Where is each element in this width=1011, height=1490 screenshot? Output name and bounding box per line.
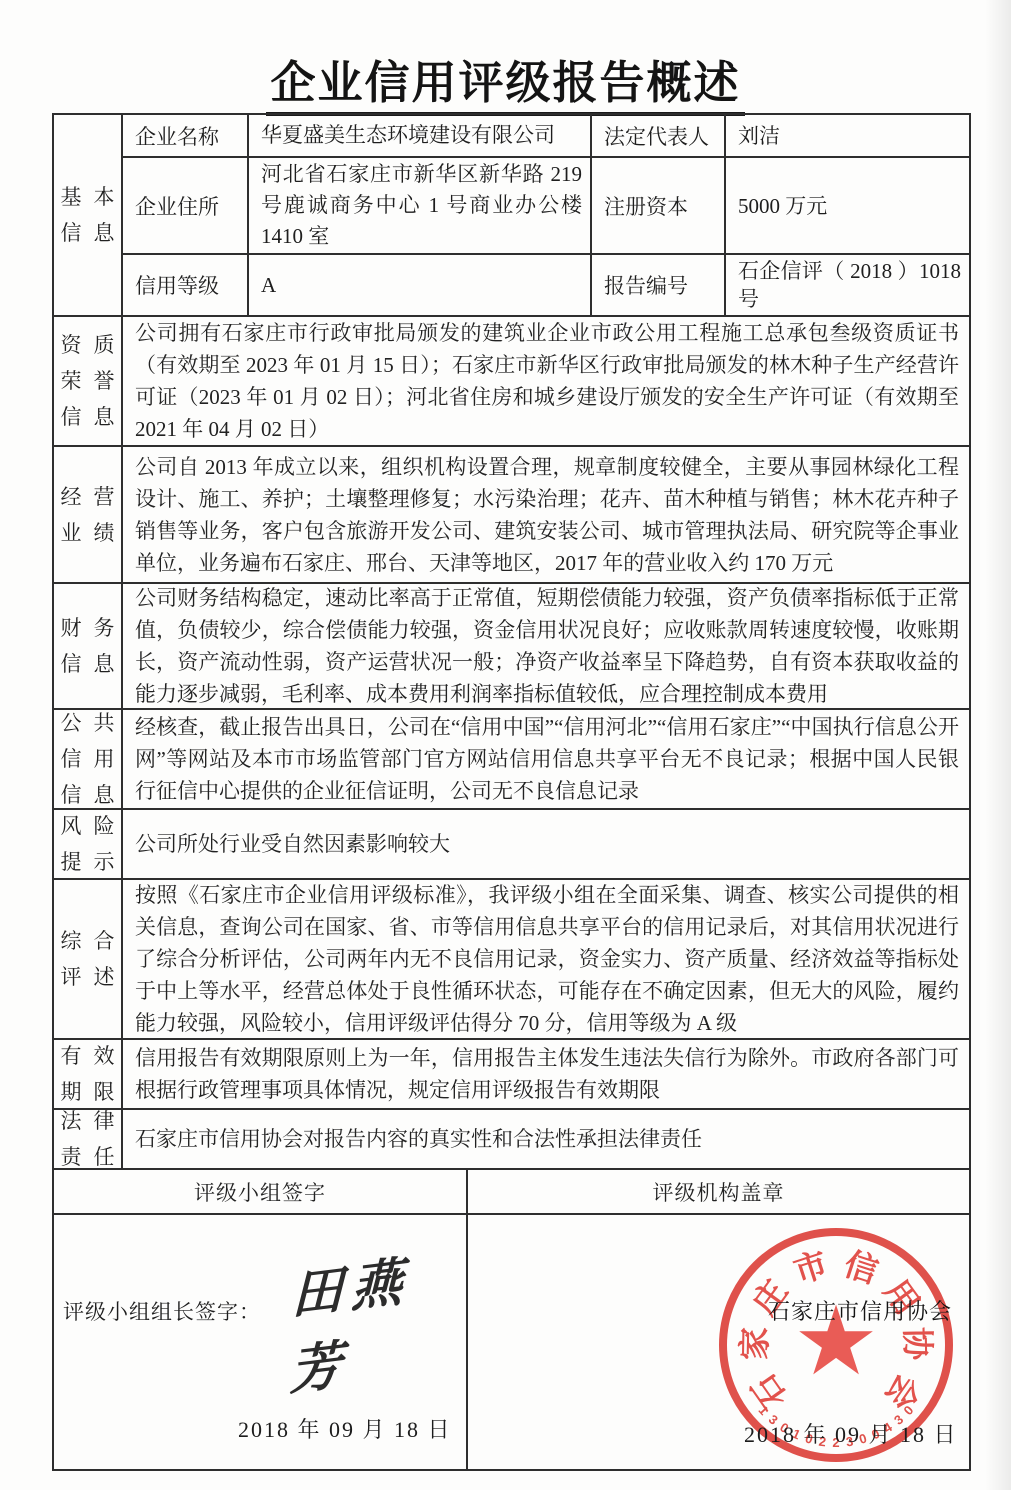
section-label: 法律责任 [61, 1103, 115, 1175]
section-content-cell: 公司自 2013 年成立以来，组织机构设置合理，规章制度较健全，主要从事园林绿化… [123, 447, 969, 582]
section-label: 基本信息 [61, 179, 115, 251]
section-label-cell: 公共信用信息 [54, 710, 123, 808]
section-content: 经核查，截止报告出具日，公司在“信用中国”“信用河北”“信用石家庄”“中国执行信… [135, 711, 959, 807]
scan-edge-shading [985, 0, 1011, 1490]
seal-date: 2018 年 09 月 18 日 [744, 1418, 958, 1449]
table-row: 财务信息 公司财务结构稳定，速动比率高于正常值，短期偿债能力较强，资产负债率指标… [54, 584, 969, 710]
field-label: 信用等级 [123, 255, 247, 315]
table-row: 有效期限 信用报告有效期限原则上为一年，信用报告主体发生违法失信行为除外。市政府… [54, 1040, 969, 1110]
basic-info-rows: 企业名称 华夏盛美生态环境建设有限公司 法定代表人 刘洁 企业住所 河北省石家庄… [123, 115, 969, 315]
field-value: 5000 万元 [724, 158, 969, 253]
credit-rating-report-page: { "title": "企业信用评级报告概述", "basic_info": {… [0, 0, 1011, 1490]
section-content-cell: 公司财务结构稳定，速动比率高于正常值，短期偿债能力较强，资产负债率指标低于正常值… [123, 584, 969, 708]
table-row: 综合评述 按照《石家庄市企业信用评级标准》，我评级小组在全面采集、调查、核实公司… [54, 880, 969, 1040]
field-value: 刘洁 [724, 115, 969, 156]
section-label: 财务信息 [61, 610, 115, 682]
section-content: 公司所处行业受自然因素影响较大 [135, 828, 959, 860]
section-content: 按照《石家庄市企业信用评级标准》，我评级小组在全面采集、调查、核实公司提供的相关… [135, 879, 959, 1039]
field-value: A [247, 255, 590, 315]
section-content-cell: 公司所处行业受自然因素影响较大 [123, 810, 969, 878]
section-label-cell: 法律责任 [54, 1110, 123, 1168]
field-label: 注册资本 [590, 158, 724, 253]
section-label: 公共信用信息 [61, 705, 115, 813]
table-row: 信用等级 A 报告编号 石企信评（ 2018 ）1018 号 [123, 253, 969, 315]
section-label-cell: 有效期限 [54, 1040, 123, 1108]
section-content-cell: 信用报告有效期限原则上为一年，信用报告主体发生违法失信行为除外。市政府各部门可根… [123, 1040, 969, 1108]
footer-body-row: 评级小组组长签字： 田燕芳 2018 年 09 月 18 日 石家庄市信用协会 … [54, 1215, 969, 1469]
section-label: 综合评述 [61, 923, 115, 995]
footer-header-row: 评级小组签字 评级机构盖章 [54, 1170, 969, 1215]
section-content: 公司自 2013 年成立以来，组织机构设置合理，规章制度较健全，主要从事园林绿化… [135, 451, 959, 579]
section-label-cell: 财务信息 [54, 584, 123, 708]
table-row: 法律责任 石家庄市信用协会对报告内容的真实性和合法性承担法律责任 [54, 1110, 969, 1170]
field-label: 报告编号 [590, 255, 724, 315]
field-value: 石企信评（ 2018 ）1018 号 [724, 255, 969, 315]
signature-column-header: 评级小组签字 [54, 1170, 468, 1213]
page-title-wrap: 企业信用评级报告概述 [0, 46, 1011, 116]
table-row: 经营业绩 公司自 2013 年成立以来，组织机构设置合理，规章制度较健全，主要从… [54, 447, 969, 584]
section-label-cell: 基本信息 [54, 115, 123, 315]
signature-label: 评级小组组长签字： [63, 1296, 261, 1326]
signature-date: 2018 年 09 月 18 日 [238, 1413, 452, 1444]
page-title: 企业信用评级报告概述 [266, 46, 744, 116]
seal-char: 家 [732, 1323, 773, 1364]
organization-name: 石家庄市信用协会 [768, 1295, 952, 1326]
section-label: 风险提示 [61, 808, 115, 880]
field-label: 企业名称 [123, 115, 247, 156]
section-content-cell: 按照《石家庄市企业信用评级标准》，我评级小组在全面采集、调查、核实公司提供的相关… [123, 880, 969, 1038]
seal-cell: 石家庄市信用协会 2018 年 09 月 18 日 ★ 石 家 庄 市 信 用 … [468, 1215, 969, 1469]
section-label-cell: 经营业绩 [54, 447, 123, 582]
table-row: 企业住所 河北省石家庄市新华区新华路 219 号鹿诚商务中心 1 号商业办公楼 … [123, 156, 969, 253]
section-content-cell: 石家庄市信用协会对报告内容的真实性和合法性承担法律责任 [123, 1110, 969, 1168]
field-label: 法定代表人 [590, 115, 724, 156]
section-label-cell: 综合评述 [54, 880, 123, 1038]
signature-cell: 评级小组组长签字： 田燕芳 2018 年 09 月 18 日 [54, 1215, 468, 1469]
seal-column-header: 评级机构盖章 [468, 1170, 969, 1213]
section-content-cell: 公司拥有石家庄市行政审批局颁发的建筑业企业市政公用工程施工总承包叁级资质证书（有… [123, 317, 969, 445]
section-label: 经营业绩 [61, 479, 115, 551]
section-content: 石家庄市信用协会对报告内容的真实性和合法性承担法律责任 [135, 1123, 959, 1155]
table-row: 公共信用信息 经核查，截止报告出具日，公司在“信用中国”“信用河北”“信用石家庄… [54, 710, 969, 810]
field-value: 河北省石家庄市新华区新华路 219 号鹿诚商务中心 1 号商业办公楼 1410 … [247, 158, 590, 253]
table-row: 企业名称 华夏盛美生态环境建设有限公司 法定代表人 刘洁 [123, 115, 969, 156]
basic-info-block: 基本信息 企业名称 华夏盛美生态环境建设有限公司 法定代表人 刘洁 企业住所 河… [54, 115, 969, 317]
table-row: 风险提示 公司所处行业受自然因素影响较大 [54, 810, 969, 880]
section-label-cell: 风险提示 [54, 810, 123, 878]
section-label: 有效期限 [61, 1038, 115, 1110]
section-label-cell: 资质荣誉信息 [54, 317, 123, 445]
section-label: 资质荣誉信息 [61, 327, 115, 435]
field-label: 企业住所 [123, 158, 247, 253]
report-table: 基本信息 企业名称 华夏盛美生态环境建设有限公司 法定代表人 刘洁 企业住所 河… [52, 113, 971, 1471]
handwritten-signature: 田燕芳 [289, 1232, 466, 1405]
field-value: 华夏盛美生态环境建设有限公司 [247, 115, 590, 156]
section-content: 公司拥有石家庄市行政审批局颁发的建筑业企业市政公用工程施工总承包叁级资质证书（有… [135, 317, 959, 445]
section-content: 公司财务结构稳定，速动比率高于正常值，短期偿债能力较强，资产负债率指标低于正常值… [135, 582, 959, 710]
section-content: 信用报告有效期限原则上为一年，信用报告主体发生违法失信行为除外。市政府各部门可根… [135, 1042, 959, 1106]
section-content-cell: 经核查，截止报告出具日，公司在“信用中国”“信用河北”“信用石家庄”“中国执行信… [123, 710, 969, 808]
table-row: 资质荣誉信息 公司拥有石家庄市行政审批局颁发的建筑业企业市政公用工程施工总承包叁… [54, 317, 969, 447]
seal-char: 协 [900, 1323, 941, 1364]
